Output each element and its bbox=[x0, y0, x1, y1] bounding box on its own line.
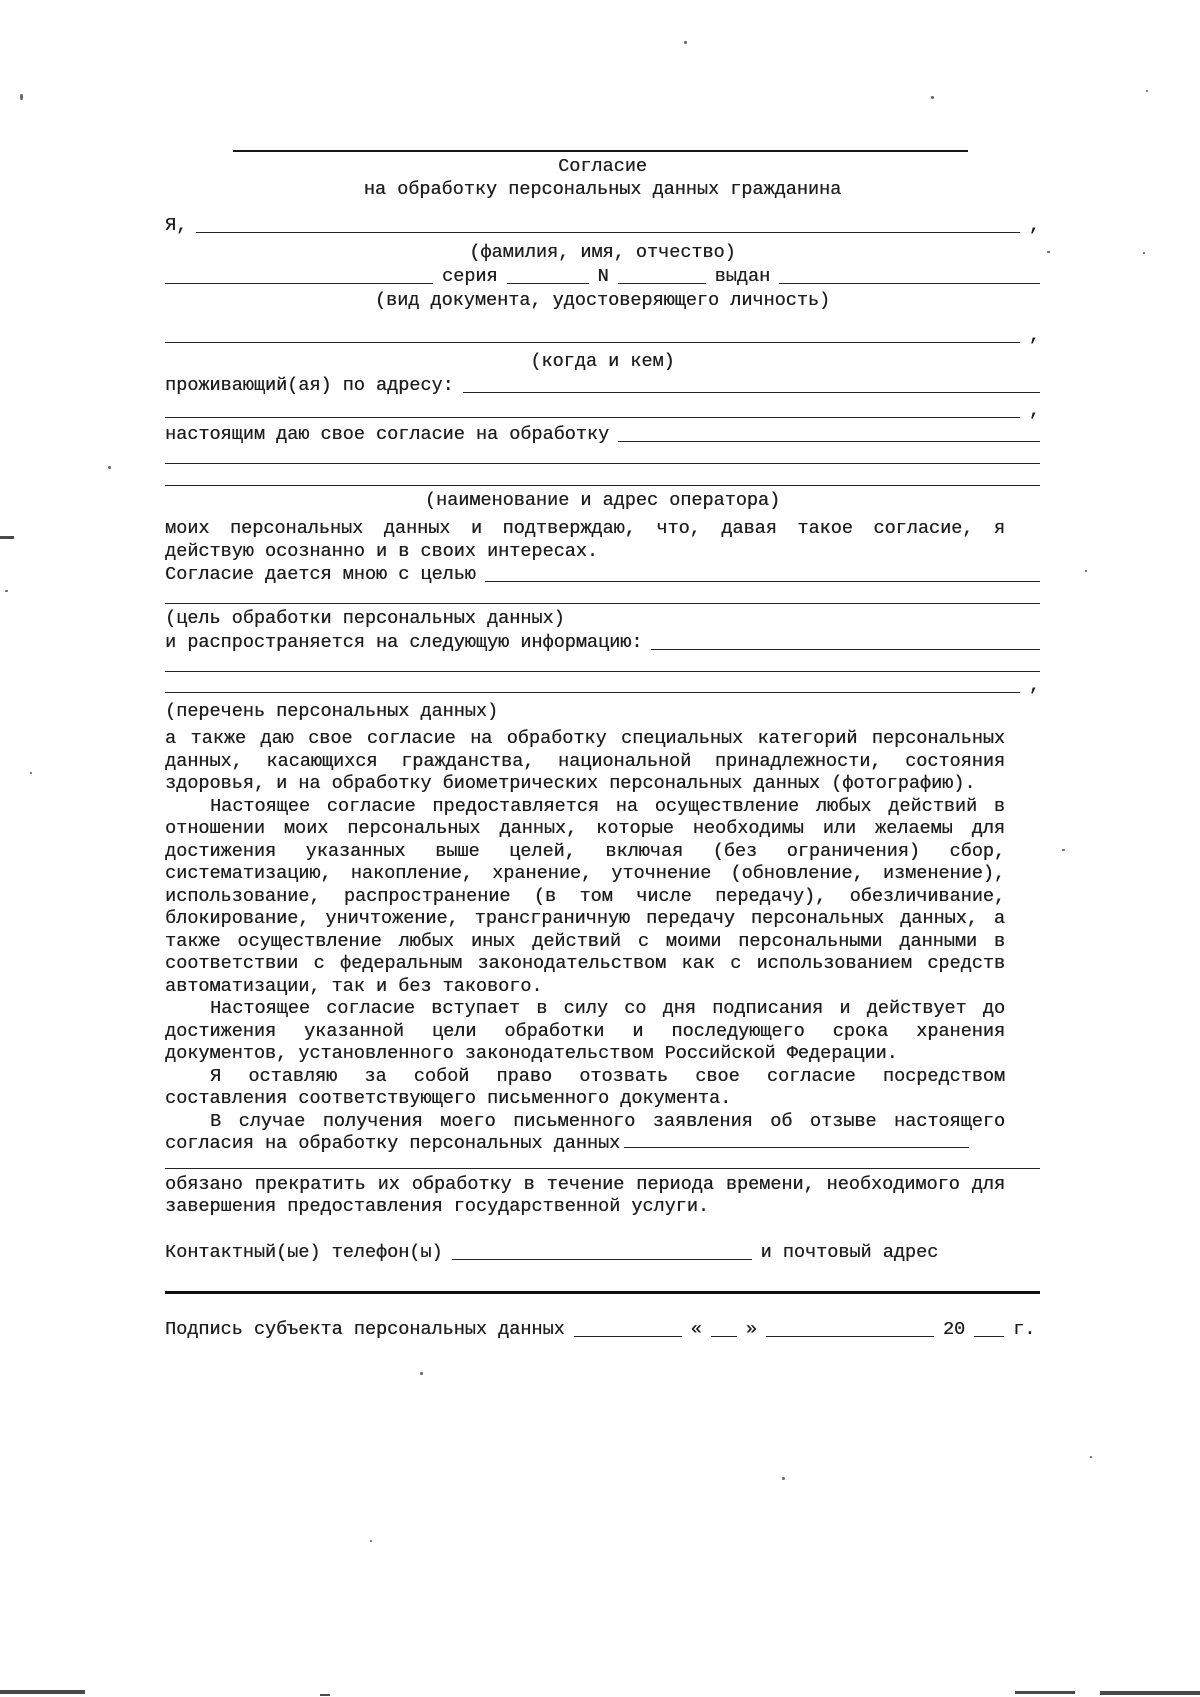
scan-speck bbox=[1143, 252, 1145, 254]
fio-input-line bbox=[196, 232, 1020, 233]
signature-row: Подпись субъекта персональных данных « »… bbox=[165, 1318, 1040, 1341]
info-row: и распространяется на следующую информац… bbox=[165, 631, 1040, 654]
year-prefix: 20 bbox=[943, 1318, 965, 1341]
caption-issued-when: (когда и кем) bbox=[165, 350, 1040, 373]
address-row: проживающий(ая) по адресу: bbox=[165, 374, 1040, 397]
issued-label: выдан bbox=[715, 265, 771, 288]
info-label: и распространяется на следующую информац… bbox=[165, 631, 642, 654]
month-line bbox=[766, 1336, 934, 1337]
purpose-line-2 bbox=[165, 603, 1040, 604]
year-suffix: г. bbox=[1013, 1318, 1035, 1341]
fio-row: Я, , bbox=[165, 214, 1040, 237]
issued-by-row: , bbox=[165, 324, 1040, 347]
scan-speck bbox=[1146, 90, 1148, 92]
operator-line-1 bbox=[618, 441, 1040, 442]
form-title: Согласие bbox=[165, 155, 1040, 178]
scan-edge-mark bbox=[0, 1690, 85, 1694]
phone-value-line bbox=[452, 1259, 752, 1260]
contact-row: Контактный(ые) телефон(ы) и почтовый адр… bbox=[165, 1241, 1040, 1264]
operator-line-2 bbox=[165, 463, 1040, 464]
series-label: серия bbox=[442, 265, 498, 288]
purpose-row: Согласие дается мною с целью bbox=[165, 563, 1040, 586]
address-label: проживающий(ая) по адресу: bbox=[165, 374, 454, 397]
para-processing-actions: Настоящее согласие предоставляется на ос… bbox=[165, 796, 1005, 999]
info-line-3 bbox=[165, 692, 1020, 693]
quote-close: » bbox=[746, 1318, 757, 1341]
para-operator-obligation: обязано прекратить их обработку в течени… bbox=[165, 1174, 1005, 1219]
info-row-3: , bbox=[165, 674, 1040, 697]
scan-speck bbox=[30, 772, 32, 774]
consent-form-document: Согласие на обработку персональных данны… bbox=[165, 150, 1040, 1341]
doc-type-line bbox=[165, 283, 433, 284]
scan-speck bbox=[20, 94, 23, 100]
quote-open: « bbox=[691, 1318, 702, 1341]
info-line-2 bbox=[165, 671, 1040, 672]
form-subtitle: на обработку персональных данных граждан… bbox=[165, 178, 1040, 201]
address-line-2 bbox=[165, 417, 1020, 418]
withdrawal-fill-line bbox=[624, 1146, 969, 1148]
scan-edge-mark bbox=[1100, 1691, 1200, 1695]
info-line-1 bbox=[651, 649, 1040, 650]
caption-personal-data-list: (перечень персональных данных) bbox=[165, 700, 1040, 723]
scan-speck bbox=[1085, 570, 1087, 572]
scan-speck bbox=[1047, 251, 1050, 253]
trailing-comma: , bbox=[1029, 674, 1040, 697]
number-value-line bbox=[618, 283, 706, 284]
scan-speck bbox=[0, 536, 14, 539]
series-value-line bbox=[507, 283, 589, 284]
year-line bbox=[974, 1336, 1004, 1337]
scan-speck bbox=[420, 1372, 423, 1375]
signature-line bbox=[574, 1336, 682, 1337]
document-series-row: серия N выдан bbox=[165, 265, 1040, 288]
caption-doc-type: (вид документа, удостоверяющего личность… bbox=[165, 289, 1040, 312]
fio-prefix: Я, bbox=[165, 214, 187, 237]
purpose-label: Согласие дается мною с целью bbox=[165, 563, 476, 586]
scan-speck bbox=[782, 1477, 785, 1480]
trailing-comma: , bbox=[1029, 214, 1040, 237]
consent-row: настоящим даю свое согласие на обработку bbox=[165, 423, 1040, 446]
postal-address-label: и почтовый адрес bbox=[761, 1241, 939, 1264]
scan-edge-mark bbox=[320, 1694, 330, 1696]
withdrawal-line-2 bbox=[165, 1168, 1040, 1169]
scan-speck bbox=[370, 1540, 372, 1542]
para-confirmation: моих персональных данных и подтверждаю, … bbox=[165, 518, 1005, 563]
caption-purpose: (цель обработки персональных данных) bbox=[165, 607, 1040, 630]
address-line bbox=[463, 392, 1040, 393]
title-underline bbox=[233, 150, 968, 152]
trailing-comma: , bbox=[1029, 399, 1040, 422]
para-withdrawal: В случае получения моего письменного зая… bbox=[165, 1111, 1005, 1156]
issued-value-line bbox=[779, 283, 1040, 284]
caption-fio: (фамилия, имя, отчество) bbox=[165, 241, 1040, 264]
issued-by-line bbox=[165, 342, 1020, 343]
consent-lead: настоящим даю свое согласие на обработку bbox=[165, 423, 609, 446]
scan-speck bbox=[931, 96, 934, 99]
day-line bbox=[711, 1336, 737, 1337]
trailing-comma: , bbox=[1029, 324, 1040, 347]
scan-speck bbox=[5, 590, 8, 592]
signature-label: Подпись субъекта персональных данных bbox=[165, 1318, 565, 1341]
scan-speck bbox=[1090, 1456, 1092, 1458]
purpose-line-1 bbox=[485, 581, 1040, 582]
operator-line-3 bbox=[165, 485, 1040, 486]
caption-operator: (наименование и адрес оператора) bbox=[165, 489, 1040, 512]
scan-edge-mark bbox=[1015, 1691, 1075, 1694]
separator-line bbox=[165, 1291, 1040, 1294]
para-validity: Настоящее согласие вступает в силу со дн… bbox=[165, 998, 1005, 1066]
contact-phone-label: Контактный(ые) телефон(ы) bbox=[165, 1241, 443, 1264]
para-revoke-right: Я оставляю за собой право отозвать свое … bbox=[165, 1066, 1005, 1111]
scanned-consent-form: { "doc": { "title1": "Согласие", "title2… bbox=[0, 0, 1200, 1697]
scan-speck bbox=[684, 41, 687, 44]
address-row-2: , bbox=[165, 399, 1040, 422]
scan-speck bbox=[108, 466, 111, 469]
para-special-categories: а также даю свое согласие на обработку с… bbox=[165, 728, 1005, 796]
number-label: N bbox=[598, 265, 609, 288]
scan-speck bbox=[1062, 849, 1065, 851]
